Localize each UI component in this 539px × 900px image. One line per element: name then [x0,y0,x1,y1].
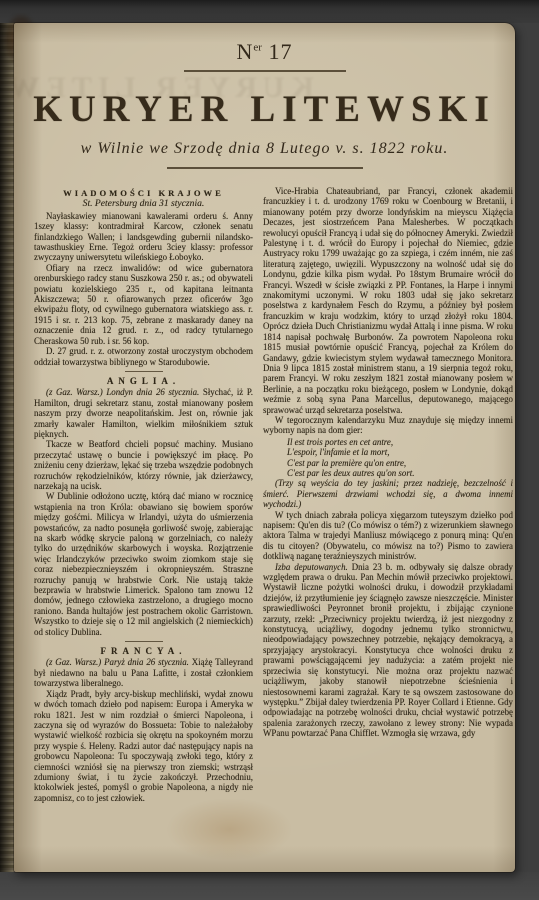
article-lead: (z Gaz. Warsz.) Londyn dnia 26 stycznia. [46,387,199,397]
edition-dateline: w Wilnie we Srzodę dnia 8 Lutego v. s. 1… [14,140,515,158]
news-paragraph: Nayłaskawiey mianowani kawalerami orderu… [34,211,253,263]
issue-digits: 17 [268,39,292,64]
news-paragraph: W Dublinie odłożono ucztę, którą dać mia… [34,491,253,637]
section-heading-england: ANGLIA. [34,376,253,386]
french-verse-line: L'espoir, l'infamie et la mort, [287,447,513,457]
scanned-newspaper-screenshot: { "colors": { "backdrop": "#3e3e3e", "pa… [0,0,539,900]
news-paragraph: Xiądz Pradt, były arcy-biskup mechliński… [34,689,253,803]
city-dateline-petersburg: St. Petersburg dnia 31 stycznia. [34,199,253,209]
french-verse: Il est trois portes en cet antre, L'espo… [287,437,513,479]
news-paragraph: Ofiary na rzecz inwalidów: od wice guber… [34,263,253,346]
issue-rule [184,70,346,72]
issue-number: Ner 17 [14,39,515,65]
section-divider-rule [125,371,163,372]
issue-superscript: er [253,42,262,54]
masthead: Ner 17 KURYER LITEWSKI w Wilnie we Srzod… [14,39,515,169]
section-heading-domestic: WIADOMOŚCI KRAJOWE [34,188,253,198]
news-paragraph: Tkacze w Beatford chcieli popsuć machiny… [34,439,253,491]
news-paragraph: Vice-Hrabia Chateaubriand, par Francyi, … [263,186,513,415]
french-verse-line: Il est trois portes en cet antre, [287,437,513,447]
verse-translation: (Trzy są weyścia do tey jaskini; przez n… [263,478,513,509]
news-paragraph: W tegorocznym kalendarzyku Muz znayduje … [263,415,513,436]
news-column-left: WIADOMOŚCI KRAJOWE St. Petersburg dnia 3… [34,186,253,850]
news-column-right: Vice-Hrabia Chateaubriand, par Francyi, … [263,186,513,850]
book-binding-edge [0,23,14,872]
french-verse-line: C'est par la première qu'on entre, [287,458,513,468]
news-paragraph: Izba deputowanych. Dnia 23 b. m. odbywał… [263,562,513,739]
article-body-text: Dnia 23 b. m. odbywały się dalsze obrady… [263,562,513,739]
issue-prefix: N [237,39,254,64]
news-paragraph: D. 27 grud. r. z. otworzony został urocz… [34,346,253,367]
french-verse-line: C'est par les deux autres qu'on sort. [287,468,513,478]
article-columns: WIADOMOŚCI KRAJOWE St. Petersburg dnia 3… [34,186,513,850]
newspaper-page: KURYER LITEWSKI Ner 17 KURYER LITEWSKI w… [14,23,515,872]
dateline-rule [167,167,363,169]
news-paragraph: W tych dniach zabrała policya xięgarzom … [263,510,513,562]
section-divider-rule [125,641,163,642]
news-paragraph: (z Gaz. Warsz.) Paryż dnia 26 stycznia. … [34,657,253,688]
news-paragraph: (z Gaz. Warsz.) Londyn dnia 26 stycznia.… [34,387,253,439]
article-lead: (z Gaz. Warsz.) Paryż dnia 26 stycznia. [46,657,189,667]
section-heading-france: FRANCYA. [34,646,253,656]
scan-background-top [0,0,539,23]
article-lead: Izba deputowanych. [275,562,348,572]
scan-background-bottom [0,872,539,900]
newspaper-title: KURYER LITEWSKI [14,88,515,131]
